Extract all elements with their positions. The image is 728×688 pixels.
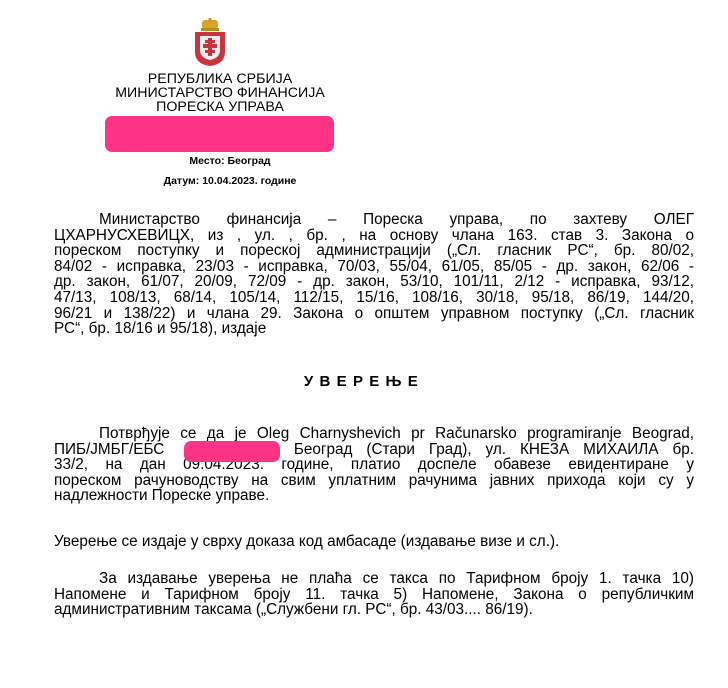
confirmation-line: пореском рачуноводству на свим уплатним …: [54, 473, 694, 489]
date-label: Датум: 10.04.2023. године: [105, 175, 355, 187]
confirmation-line: надлежности Пореске управе.: [54, 488, 694, 504]
intro-line: др. закон, 61/07, 20/09, 72/09 - др. зак…: [54, 274, 694, 290]
fee-line: административним таксама („Службени гл. …: [54, 602, 694, 618]
place-label: Место: Београд: [105, 155, 355, 167]
header-ministry: МИНИСТАРСТВО ФИНАНСИЈА: [105, 86, 335, 100]
redacted-block: [105, 116, 334, 152]
confirmation-line: 33/2, на дан 09.04.2023. године, платио …: [54, 457, 694, 473]
intro-line: пореском поступку и пореској администрац…: [54, 243, 694, 259]
header-tax-administration: ПОРЕСКА УПРАВА: [105, 100, 335, 114]
redacted-tax-id: [184, 441, 280, 462]
fee-line: За издавање уверења не плаћа се такса по…: [54, 571, 694, 587]
serbia-coat-of-arms-icon: [193, 18, 227, 66]
intro-line: 47/13, 108/13, 68/14, 105/14, 112/15, 15…: [54, 290, 694, 306]
fee-line: Напомене и Тарифном броју 11. тачка 5) Н…: [54, 587, 694, 603]
header-republic: РЕПУБЛИКА СРБИЈА: [105, 72, 335, 86]
confirmation-line: Потврђује се да је Oleg Charnyshevich pr…: [54, 426, 694, 442]
intro-line: РС“, бр. 18/16 и 95/18), издаје: [54, 321, 694, 337]
confirmation-paragraph: Потврђује се да је Oleg Charnyshevich pr…: [54, 426, 694, 504]
intro-line: ЦХАРНУСХЕВИЦХ, из , ул. , бр. , на основ…: [54, 228, 694, 244]
document-title: УВЕРЕЊЕ: [0, 373, 728, 390]
intro-line: 96/21 и 138/22) и члана 29. Закона о опш…: [54, 306, 694, 322]
purpose-line: Уверење се издаје у сврху доказа код амб…: [54, 534, 694, 550]
address-text: из Београд (Стари Град), ул. КНЕЗА МИХАИ…: [264, 441, 694, 458]
intro-line: Министарство финансија – Пореска управа,…: [54, 212, 694, 228]
intro-line: 84/02 - исправка, 23/03 - исправка, 70/0…: [54, 259, 694, 275]
purpose-paragraph: Уверење се издаје у сврху доказа код амб…: [54, 534, 694, 550]
tax-id-label: ПИБ/ЈМБГ/ЕБС: [54, 441, 164, 458]
intro-paragraph: Министарство финансија – Пореска управа,…: [54, 212, 694, 337]
confirmation-line: ПИБ/ЈМБГ/ЕБСиз Београд (Стари Град), ул.…: [54, 442, 694, 458]
fee-paragraph: За издавање уверења не плаћа се такса по…: [54, 571, 694, 618]
